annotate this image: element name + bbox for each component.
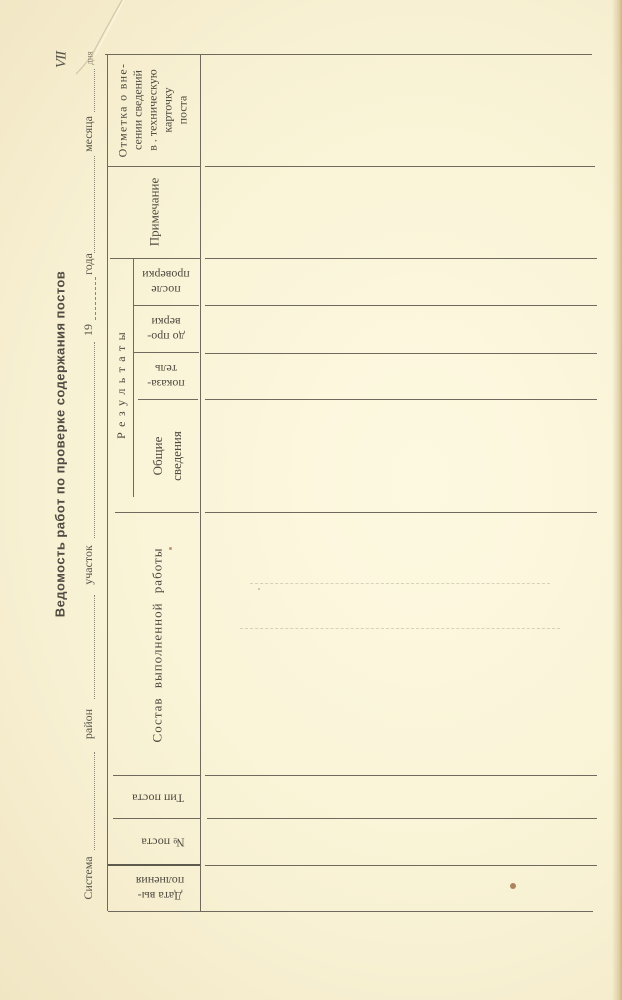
column-header-after-check: после проверки — [142, 267, 190, 297]
column-header-post-type: Тип поста — [132, 791, 184, 806]
blank-entry-after-check — [201, 259, 597, 305]
header-rule — [110, 258, 200, 259]
header-rule — [133, 305, 199, 306]
system-label: Система — [82, 856, 94, 899]
year-blank — [95, 277, 96, 320]
column-group-results: Р е з у л ь т а т ы — [115, 331, 127, 439]
month-label: месяца — [82, 116, 94, 152]
column-header-date: Дата вы- полнения — [136, 873, 184, 903]
month-blank-before — [94, 156, 95, 253]
day-label: дня — [86, 51, 95, 65]
section-label: участок — [82, 545, 94, 585]
header-rule — [138, 399, 198, 400]
header-rule — [133, 352, 199, 353]
column-header-tech-card-mark: Отметка о вне- сении сведений в . технич… — [116, 58, 191, 162]
blank-entry-indicator — [201, 353, 597, 399]
district-blank — [94, 595, 95, 699]
column-header-work-composition: Состав выполненной работы — [150, 548, 165, 743]
table-left-border — [107, 54, 108, 911]
blank-entry-date — [201, 866, 597, 911]
year-label: года — [82, 253, 94, 275]
header-rule — [113, 775, 200, 776]
header-rule — [113, 818, 200, 819]
ink-stain-decoration — [258, 588, 260, 590]
table-bottom-border — [108, 911, 593, 912]
district-label: район — [82, 709, 94, 739]
blank-entry-before-check — [201, 306, 597, 352]
ink-stain-decoration — [510, 883, 516, 889]
header-rule — [115, 512, 199, 513]
header-rule — [108, 864, 200, 866]
blank-entry-tech-card-mark — [201, 55, 597, 166]
column-header-indicator: показа- тель — [147, 361, 184, 391]
column-header-general-info: Общие сведения — [148, 431, 186, 481]
column-header-post-number: № поста — [141, 835, 184, 850]
system-blank — [94, 752, 95, 850]
ink-stain-decoration — [169, 547, 172, 550]
column-header-before-check: до про- верки — [147, 314, 185, 344]
blank-entry-post-type — [201, 776, 597, 818]
page-number: VII — [55, 52, 70, 68]
day-blank — [94, 69, 95, 112]
blank-entry-general-info — [201, 400, 597, 512]
year-prefix-label: 19 — [82, 324, 94, 336]
results-group-divider — [133, 258, 134, 497]
blank-entry-post-number — [201, 819, 597, 865]
blank-entry-work-composition — [201, 513, 597, 775]
column-header-remark: Примечание — [147, 178, 162, 247]
blank-entry-remark — [201, 167, 597, 258]
section-blank — [94, 342, 95, 538]
header-rule — [108, 166, 200, 167]
form-title: Ведомость работ по проверке содержания п… — [54, 271, 67, 617]
scanned-form-page: VII Ведомость работ по проверке содержан… — [0, 0, 622, 1000]
